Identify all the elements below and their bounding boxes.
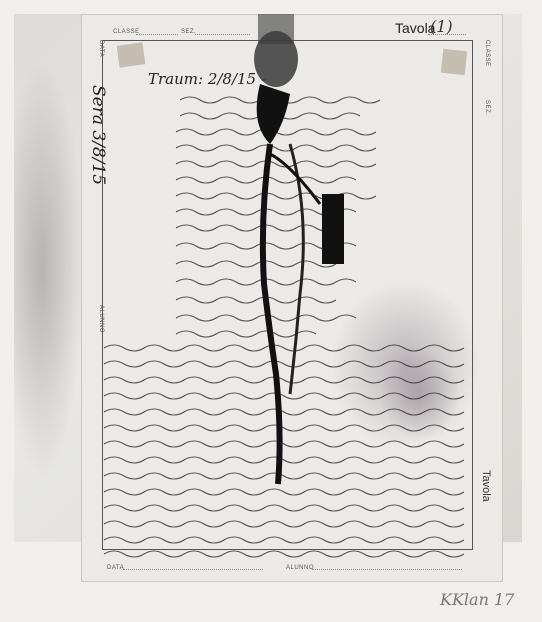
artist-signature: KKlan 17 <box>440 590 514 609</box>
figure-drawing <box>230 14 360 494</box>
